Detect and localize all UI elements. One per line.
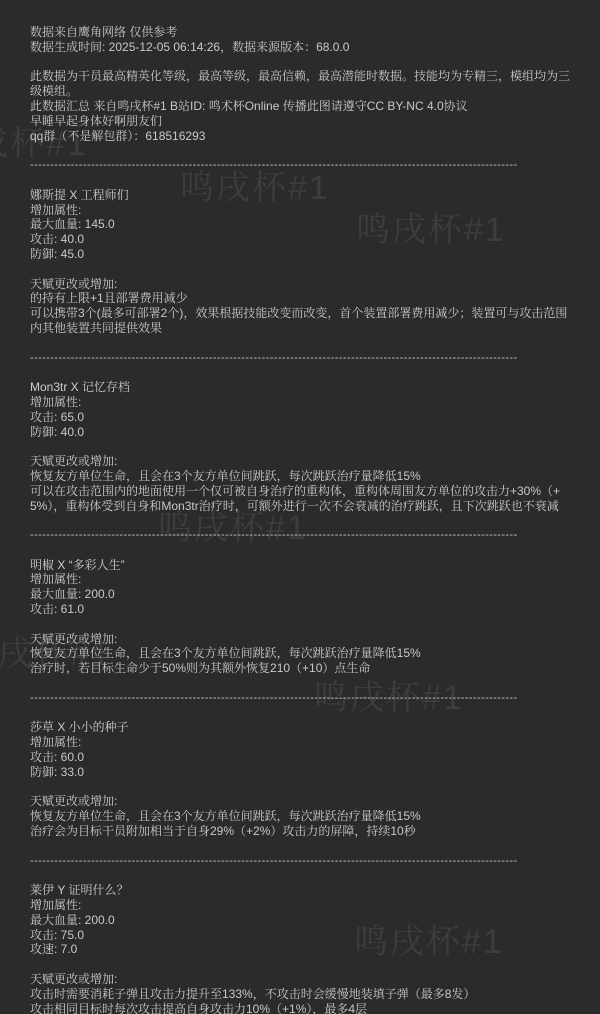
divider-row: ----------------------------------------… xyxy=(30,158,575,173)
divider-row: ----------------------------------------… xyxy=(30,351,575,366)
header-line: qq群（不是解包群）：618516293 xyxy=(30,129,575,144)
talent-line: 恢复友方单位生命，且会在3个友方单位间跳跃，每次跳跃治疗量降低15% xyxy=(30,809,575,824)
talent-label: 天赋更改或增加: xyxy=(30,454,575,469)
blank-line xyxy=(30,55,575,70)
header-line: 数据生成时间: 2025-12-05 06:14:26，数据来源版本：68.0.… xyxy=(30,40,575,55)
divider-row: ----------------------------------------… xyxy=(30,854,575,869)
attributes-label: 增加属性: xyxy=(30,735,575,750)
section-divider: ----------------------------------------… xyxy=(30,691,536,706)
header-line: 数据来自鹰角网络 仅供参考 xyxy=(30,25,575,40)
operator-title: Mon3tr X 记忆存档 xyxy=(30,380,575,395)
header-line: 此数据为干员最高精英化等级，最高等级，最高信赖，最高潜能时数据。技能均为专精三，… xyxy=(30,69,575,99)
blank-line xyxy=(30,780,575,795)
operator-title: 明椒 X “多彩人生” xyxy=(30,558,575,573)
blank-line xyxy=(30,439,575,454)
attribute-line: 最大血量: 145.0 xyxy=(30,217,575,232)
operator-section: Mon3tr X 记忆存档增加属性:攻击: 65.0防御: 40.0天赋更改或增… xyxy=(30,380,575,513)
attribute-line: 攻击: 65.0 xyxy=(30,410,575,425)
talent-line: 攻击时需要消耗子弹且攻击力提升至133%，不攻击时会缓慢地装填子弹（最多8发） xyxy=(30,987,575,1002)
attribute-line: 攻击: 75.0 xyxy=(30,928,575,943)
attribute-line: 攻击: 60.0 xyxy=(30,750,575,765)
attribute-line: 防御: 40.0 xyxy=(30,425,575,440)
operator-section: 娜斯提 X 工程师们增加属性:最大血量: 145.0攻击: 40.0防御: 45… xyxy=(30,188,575,336)
talent-line: 可以在攻击范围内的地面使用一个仅可被自身治疗的重构体，重构体周围友方单位的攻击力… xyxy=(30,484,575,514)
talent-line: 可以携带3个(最多可部署2个)，效果根据技能改变而改变，首个装置部署费用减少；装… xyxy=(30,306,575,336)
divider-row: ----------------------------------------… xyxy=(30,528,575,543)
talent-line: 治疗会为目标干员附加相当于自身29%（+2%）攻击力的屏障，持续10秒 xyxy=(30,824,575,839)
talent-line: 恢复友方单位生命，且会在3个友方单位间跳跃，每次跳跃治疗量降低15% xyxy=(30,646,575,661)
talent-line: 攻击相同目标时每次攻击提高自身攻击力10%（+1%），最多4层 xyxy=(30,1002,575,1014)
header: 数据来自鹰角网络 仅供参考数据生成时间: 2025-12-05 06:14:26… xyxy=(30,25,575,143)
header-line: 此数据汇总 来自鸣戌杯#1 B站ID: 鸣术杯Online 传播此图请遵守CC … xyxy=(30,99,575,114)
section-divider: ----------------------------------------… xyxy=(30,528,536,543)
blank-line xyxy=(30,957,575,972)
talent-label: 天赋更改或增加: xyxy=(30,972,575,987)
talent-label: 天赋更改或增加: xyxy=(30,632,575,647)
operator-title: 莱伊 Y 证明什么？ xyxy=(30,883,575,898)
operator-section: 莱伊 Y 证明什么？增加属性:最大血量: 200.0攻击: 75.0攻速: 7.… xyxy=(30,883,575,1014)
operator-section: 明椒 X “多彩人生”增加属性:最大血量: 200.0攻击: 61.0天赋更改或… xyxy=(30,558,575,676)
page: 鸣戌杯#1鸣戌杯#1鸣戌杯#1鸣戌杯#1鸣戌杯#1鸣戌杯#1鸣戌杯#1 数据来自… xyxy=(0,0,600,1014)
blank-line xyxy=(30,617,575,632)
attribute-line: 最大血量: 200.0 xyxy=(30,587,575,602)
blank-line xyxy=(30,262,575,277)
operator-section: 莎草 X 小小的种子增加属性:攻击: 60.0防御: 33.0天赋更改或增加:恢… xyxy=(30,720,575,838)
attribute-line: 最大血量: 200.0 xyxy=(30,913,575,928)
talent-line: 的持有上限+1且部署费用减少 xyxy=(30,291,575,306)
content: 数据来自鹰角网络 仅供参考数据生成时间: 2025-12-05 06:14:26… xyxy=(0,0,600,1014)
section-divider: ----------------------------------------… xyxy=(30,158,536,173)
attribute-line: 防御: 45.0 xyxy=(30,247,575,262)
attributes-label: 增加属性: xyxy=(30,395,575,410)
operator-title: 娜斯提 X 工程师们 xyxy=(30,188,575,203)
attribute-line: 攻速: 7.0 xyxy=(30,942,575,957)
operator-title: 莎草 X 小小的种子 xyxy=(30,720,575,735)
attributes-label: 增加属性: xyxy=(30,203,575,218)
header-line: 早睡早起身体好啊朋友们 xyxy=(30,114,575,129)
section-divider: ----------------------------------------… xyxy=(30,854,536,869)
divider-row: ----------------------------------------… xyxy=(30,691,575,706)
attribute-line: 攻击: 61.0 xyxy=(30,602,575,617)
attributes-label: 增加属性: xyxy=(30,898,575,913)
section-divider: ----------------------------------------… xyxy=(30,351,536,366)
attributes-label: 增加属性: xyxy=(30,572,575,587)
talent-label: 天赋更改或增加: xyxy=(30,794,575,809)
talent-line: 恢复友方单位生命，且会在3个友方单位间跳跃，每次跳跃治疗量降低15% xyxy=(30,469,575,484)
attribute-line: 攻击: 40.0 xyxy=(30,232,575,247)
talent-label: 天赋更改或增加: xyxy=(30,277,575,292)
attribute-line: 防御: 33.0 xyxy=(30,765,575,780)
sections: ----------------------------------------… xyxy=(30,158,575,1014)
talent-line: 治疗时，若目标生命少于50%则为其额外恢复210（+10）点生命 xyxy=(30,661,575,676)
